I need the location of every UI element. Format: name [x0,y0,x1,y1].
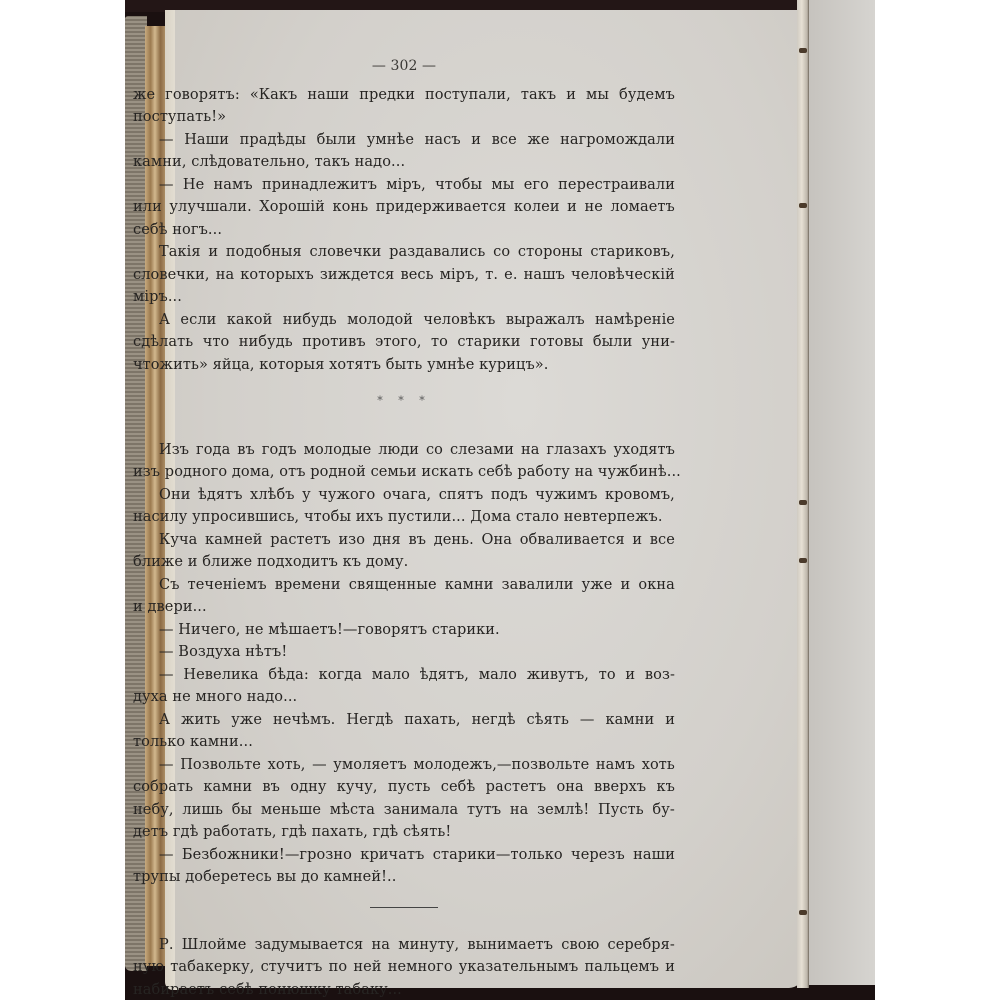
text-line: илиулучшали.Хорошійконьпридерживаетсякол… [133,196,675,219]
text-line: нуютабакерку,стучитъпонейнемногоуказател… [133,956,675,979]
text-line: Ониѣдятъхлѣбъучужогоочага,спятъподъчужим… [133,484,675,507]
text-line: небу,лишьбыменьшемѣстазанималатутъназемл… [133,799,675,822]
text-line: Изъгодавъгодъмолодыелюдисослезаминаглаза… [133,439,675,462]
text-line: духа не много надо... [133,686,675,709]
text-line: только камни... [133,731,675,754]
text-line: —Безбожники!—грознокричатъстарики—только… [133,844,675,867]
text-line: собратькамнивъоднукучу,пустьсебѣрастетъо… [133,776,675,799]
text-line: — Ничего, не мѣшаетъ!—говорятъ старики. [133,619,675,642]
text-line: трупы доберетесь вы до камней!.. [133,866,675,889]
text-line: изъ родного дома, отъ родной семьи искат… [133,461,675,484]
text-line: —Позвольтехоть,—умоляетъмолодежъ,—позвол… [133,754,675,777]
text-line: ближе и ближе подходитъ къ дому. [133,551,675,574]
text-line: поступать!» [133,106,675,129]
page-number: — 302 — [133,55,675,78]
text-line: —Невеликабѣда:когдамалоѣдятъ,маложивутъ,… [133,664,675,687]
text-line: набираетъ себѣ понюшку табаку... [133,979,675,1000]
text-line: себѣ ногъ... [133,219,675,242]
text-line: міръ... [133,286,675,309]
page-text: — 302 — жеговорятъ:«Какънашипредкипоступ… [133,55,675,1000]
section-break: * * * [133,376,675,439]
binding-stitch [799,558,807,563]
text-line: Кучакамнейрастетъизоднявъдень.Онаобвалив… [133,529,675,552]
text-line: детъ гдѣ работать, гдѣ пахать, гдѣ сѣять… [133,821,675,844]
binding-stitch [799,500,807,505]
horizontal-rule [370,907,438,908]
book-gutter [797,0,809,988]
text-line: —Ненамъпринадлежитъміръ,чтобымыегоперест… [133,174,675,197]
binding-stitch [799,910,807,915]
text-section-3: Р.Шлоймезадумываетсянаминуту,вынимаетъсв… [133,934,675,1000]
text-line: жеговорятъ:«Какънашипредкипоступали,такъ… [133,84,675,107]
text-line: словечки,накоторыхъзиждетсявесьміръ,т.е.… [133,264,675,287]
text-line: Такіяиподобныясловечкираздавалисьсосторо… [133,241,675,264]
facing-page [809,0,875,985]
text-line: Ажитьуженечѣмъ.Негдѣпахать,негдѣсѣять—ка… [133,709,675,732]
text-line: и двери... [133,596,675,619]
binding-stitch [799,48,807,53]
text-line: сдѣлатьчтонибудьпротивъэтого,тостарикиго… [133,331,675,354]
text-line: насилу упросившись, чтобы ихъ пустили...… [133,506,675,529]
text-line: — Воздуха нѣтъ! [133,641,675,664]
text-line: камни, слѣдовательно, такъ надо... [133,151,675,174]
text-section-2: Изъгодавъгодъмолодыелюдисослезаминаглаза… [133,439,675,889]
text-line: Р.Шлоймезадумываетсянаминуту,вынимаетъсв… [133,934,675,957]
text-line: чтожить» яйца, которыя хотятъ быть умнѣе… [133,354,675,377]
text-line: —Нашипрадѣдыбылиумнѣенасъивсеженагроможд… [133,129,675,152]
text-line: Аесликакойнибудьмолодойчеловѣкъвыражалън… [133,309,675,332]
binding-stitch [799,203,807,208]
text-line: Сътеченіемъвременисвященныекамнизавалили… [133,574,675,597]
text-section-1: жеговорятъ:«Какънашипредкипоступали,такъ… [133,84,675,377]
